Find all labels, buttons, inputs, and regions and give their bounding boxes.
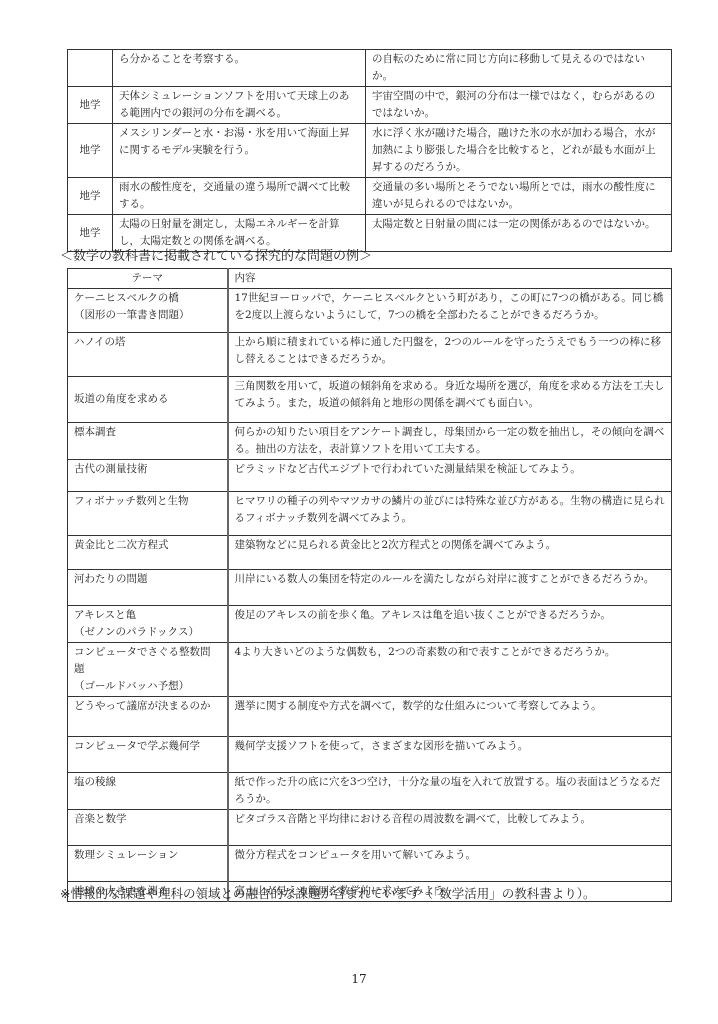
header-content: 内容 xyxy=(228,269,672,289)
theme-cell: 坂道の角度を求める xyxy=(68,377,228,423)
table-row: 塩の稜線紙で作った升の底に穴を3つ空け，十分な量の塩を入れて放置する。塩の表面は… xyxy=(68,773,672,810)
content-cell: 紙で作った升の底に穴を3つ空け，十分な量の塩を入れて放置する。塩の表面はどうなる… xyxy=(228,773,672,810)
table-row: 黄金比と二次方程式建築物などに見られる黄金比と2次方程式との関係を調べてみよう。 xyxy=(68,536,672,570)
theme-cell: 古代の測量技術 xyxy=(68,460,228,492)
content-cell: 4より大きいどのような偶数も，2つの奇素数の和で表すことができるだろうか。 xyxy=(228,643,672,697)
table-row: 地学天体シミュレーションソフトを用いて天球上のある範囲内での銀河の分布を調べる。… xyxy=(68,87,672,124)
table-row: ら分かることを考察する。の自転のために常に同じ方向に移動して見えるのではないか。 xyxy=(68,50,672,87)
table-row: 古代の測量技術ピラミッドなど古代エジプトで行われていた測量結果を検証してみよう。 xyxy=(68,460,672,492)
page-number: 17 xyxy=(0,972,718,986)
subject-cell xyxy=(68,50,113,87)
hypothesis-cell: 宇宙空間の中で，銀河の分布は一様ではなく，むらがあるのではないか。 xyxy=(366,87,672,124)
table-row: アキレスと亀 （ゼノンのパラドックス）俊足のアキレスの前を歩く亀。アキレスは亀を… xyxy=(68,606,672,643)
theme-cell: ケーニヒスベルクの橋 （図形の一筆書き問題） xyxy=(68,289,228,333)
hypothesis-cell: 太陽定数と日射量の間には一定の関係があるのではないか。 xyxy=(366,215,672,252)
content-cell: 17世紀ヨーロッパで，ケーニヒスベルクという町があり，この町に7つの橋がある。同… xyxy=(228,289,672,333)
table-row: フィボナッチ数列と生物ヒマワリの種子の列やマツカサの鱗片の並びには特殊な並び方が… xyxy=(68,492,672,536)
theme-cell: どうやって議席が決まるのか xyxy=(68,697,228,737)
content-cell: ピタゴラス音階と平均律における音程の周波数を調べて，比較してみよう。 xyxy=(228,810,672,846)
theme-cell: コンピュータで学ぶ幾何学 xyxy=(68,737,228,773)
theme-cell: 標本調査 xyxy=(68,423,228,460)
table-row: 標本調査何らかの知りたい項目をアンケート調査し，母集団から一定の数を抽出し，その… xyxy=(68,423,672,460)
content-cell: 幾何学支援ソフトを使って，さまざまな図形を描いてみよう。 xyxy=(228,737,672,773)
math-problems-table: テーマ 内容 ケーニヒスベルクの橋 （図形の一筆書き問題）17世紀ヨーロッパで，… xyxy=(67,268,672,902)
document-page: ら分かることを考察する。の自転のために常に同じ方向に移動して見えるのではないか。… xyxy=(0,0,718,1024)
hypothesis-cell: 水に浮く氷が融けた場合，融けた氷の水が加わる場合，水が加熱により膨張した場合を比… xyxy=(366,124,672,178)
content-cell: ヒマワリの種子の列やマツカサの鱗片の並びには特殊な並び方がある。生物の構造に見ら… xyxy=(228,492,672,536)
table-header-row: テーマ 内容 xyxy=(68,269,672,289)
hypothesis-cell: の自転のために常に同じ方向に移動して見えるのではないか。 xyxy=(366,50,672,87)
content-cell: 建築物などに見られる黄金比と2次方程式との関係を調べてみよう。 xyxy=(228,536,672,570)
table-row: コンピュータで学ぶ幾何学幾何学支援ソフトを使って，さまざまな図形を描いてみよう。 xyxy=(68,737,672,773)
content-cell: ピラミッドなど古代エジプトで行われていた測量結果を検証してみよう。 xyxy=(228,460,672,492)
table-row: コンピュータでさぐる整数問題 （ゴールドバッハ予想）4より大きいどのような偶数も… xyxy=(68,643,672,697)
theme-cell: 塩の稜線 xyxy=(68,773,228,810)
table-row: 河わたりの問題川岸にいる数人の集団を特定のルールを満たしながら対岸に渡すことがで… xyxy=(68,570,672,606)
footnote: ※情報的な課題や理科の領域との融合的な課題が含まれています（「数学活用」の教科書… xyxy=(60,884,595,902)
table-row: 地学メスシリンダーと水・お湯・氷を用いて海面上昇に関するモデル実験を行う。水に浮… xyxy=(68,124,672,178)
theme-cell: 黄金比と二次方程式 xyxy=(68,536,228,570)
table-row: どうやって議席が決まるのか選挙に関する制度や方式を調べて，数学的な仕組みについて… xyxy=(68,697,672,737)
activity-cell: 雨水の酸性度を，交通量の違う場所で調べて比較する。 xyxy=(113,178,366,215)
table-row: ケーニヒスベルクの橋 （図形の一筆書き問題）17世紀ヨーロッパで，ケーニヒスベル… xyxy=(68,289,672,333)
table-row: 地学雨水の酸性度を，交通量の違う場所で調べて比較する。交通量の多い場所とそうでな… xyxy=(68,178,672,215)
theme-cell: アキレスと亀 （ゼノンのパラドックス） xyxy=(68,606,228,643)
content-cell: 微分方程式をコンピュータを用いて解いてみよう。 xyxy=(228,846,672,882)
theme-cell: 河わたりの問題 xyxy=(68,570,228,606)
content-cell: 俊足のアキレスの前を歩く亀。アキレスは亀を追い抜くことができるだろうか。 xyxy=(228,606,672,643)
subject-cell: 地学 xyxy=(68,87,113,124)
table-row: 音楽と数学ピタゴラス音階と平均律における音程の周波数を調べて，比較してみよう。 xyxy=(68,810,672,846)
theme-cell: フィボナッチ数列と生物 xyxy=(68,492,228,536)
table-row: ハノイの塔上から順に積まれている棒に通した円盤を，2つのルールを守ったうえでもう… xyxy=(68,333,672,377)
subject-cell: 地学 xyxy=(68,124,113,178)
content-cell: 川岸にいる数人の集団を特定のルールを満たしながら対岸に渡すことができるだろうか。 xyxy=(228,570,672,606)
content-cell: 何らかの知りたい項目をアンケート調査し，母集団から一定の数を抽出し，その傾向を調… xyxy=(228,423,672,460)
content-cell: 選挙に関する制度や方式を調べて，数学的な仕組みについて考察してみよう。 xyxy=(228,697,672,737)
theme-cell: コンピュータでさぐる整数問題 （ゴールドバッハ予想） xyxy=(68,643,228,697)
content-cell: 上から順に積まれている棒に通した円盤を，2つのルールを守ったうえでもう一つの棒に… xyxy=(228,333,672,377)
activity-cell: 天体シミュレーションソフトを用いて天球上のある範囲内での銀河の分布を調べる。 xyxy=(113,87,366,124)
science-inquiry-table: ら分かることを考察する。の自転のために常に同じ方向に移動して見えるのではないか。… xyxy=(67,49,672,252)
math-section-heading: ＜数学の教科書に掲載されている探究的な問題の例＞ xyxy=(60,245,372,264)
activity-cell: ら分かることを考察する。 xyxy=(113,50,366,87)
activity-cell: メスシリンダーと水・お湯・氷を用いて海面上昇に関するモデル実験を行う。 xyxy=(113,124,366,178)
subject-cell: 地学 xyxy=(68,178,113,215)
theme-cell: 音楽と数学 xyxy=(68,810,228,846)
theme-cell: ハノイの塔 xyxy=(68,333,228,377)
header-theme: テーマ xyxy=(68,269,228,289)
table-row: 坂道の角度を求める三角関数を用いて，坂道の傾斜角を求める。身近な場所を選び，角度… xyxy=(68,377,672,423)
table-row: 数理シミュレーション微分方程式をコンピュータを用いて解いてみよう。 xyxy=(68,846,672,882)
content-cell: 三角関数を用いて，坂道の傾斜角を求める。身近な場所を選び，角度を求める方法を工夫… xyxy=(228,377,672,423)
theme-cell: 数理シミュレーション xyxy=(68,846,228,882)
hypothesis-cell: 交通量の多い場所とそうでない場所とでは，雨水の酸性度に違いが見られるのではないか… xyxy=(366,178,672,215)
